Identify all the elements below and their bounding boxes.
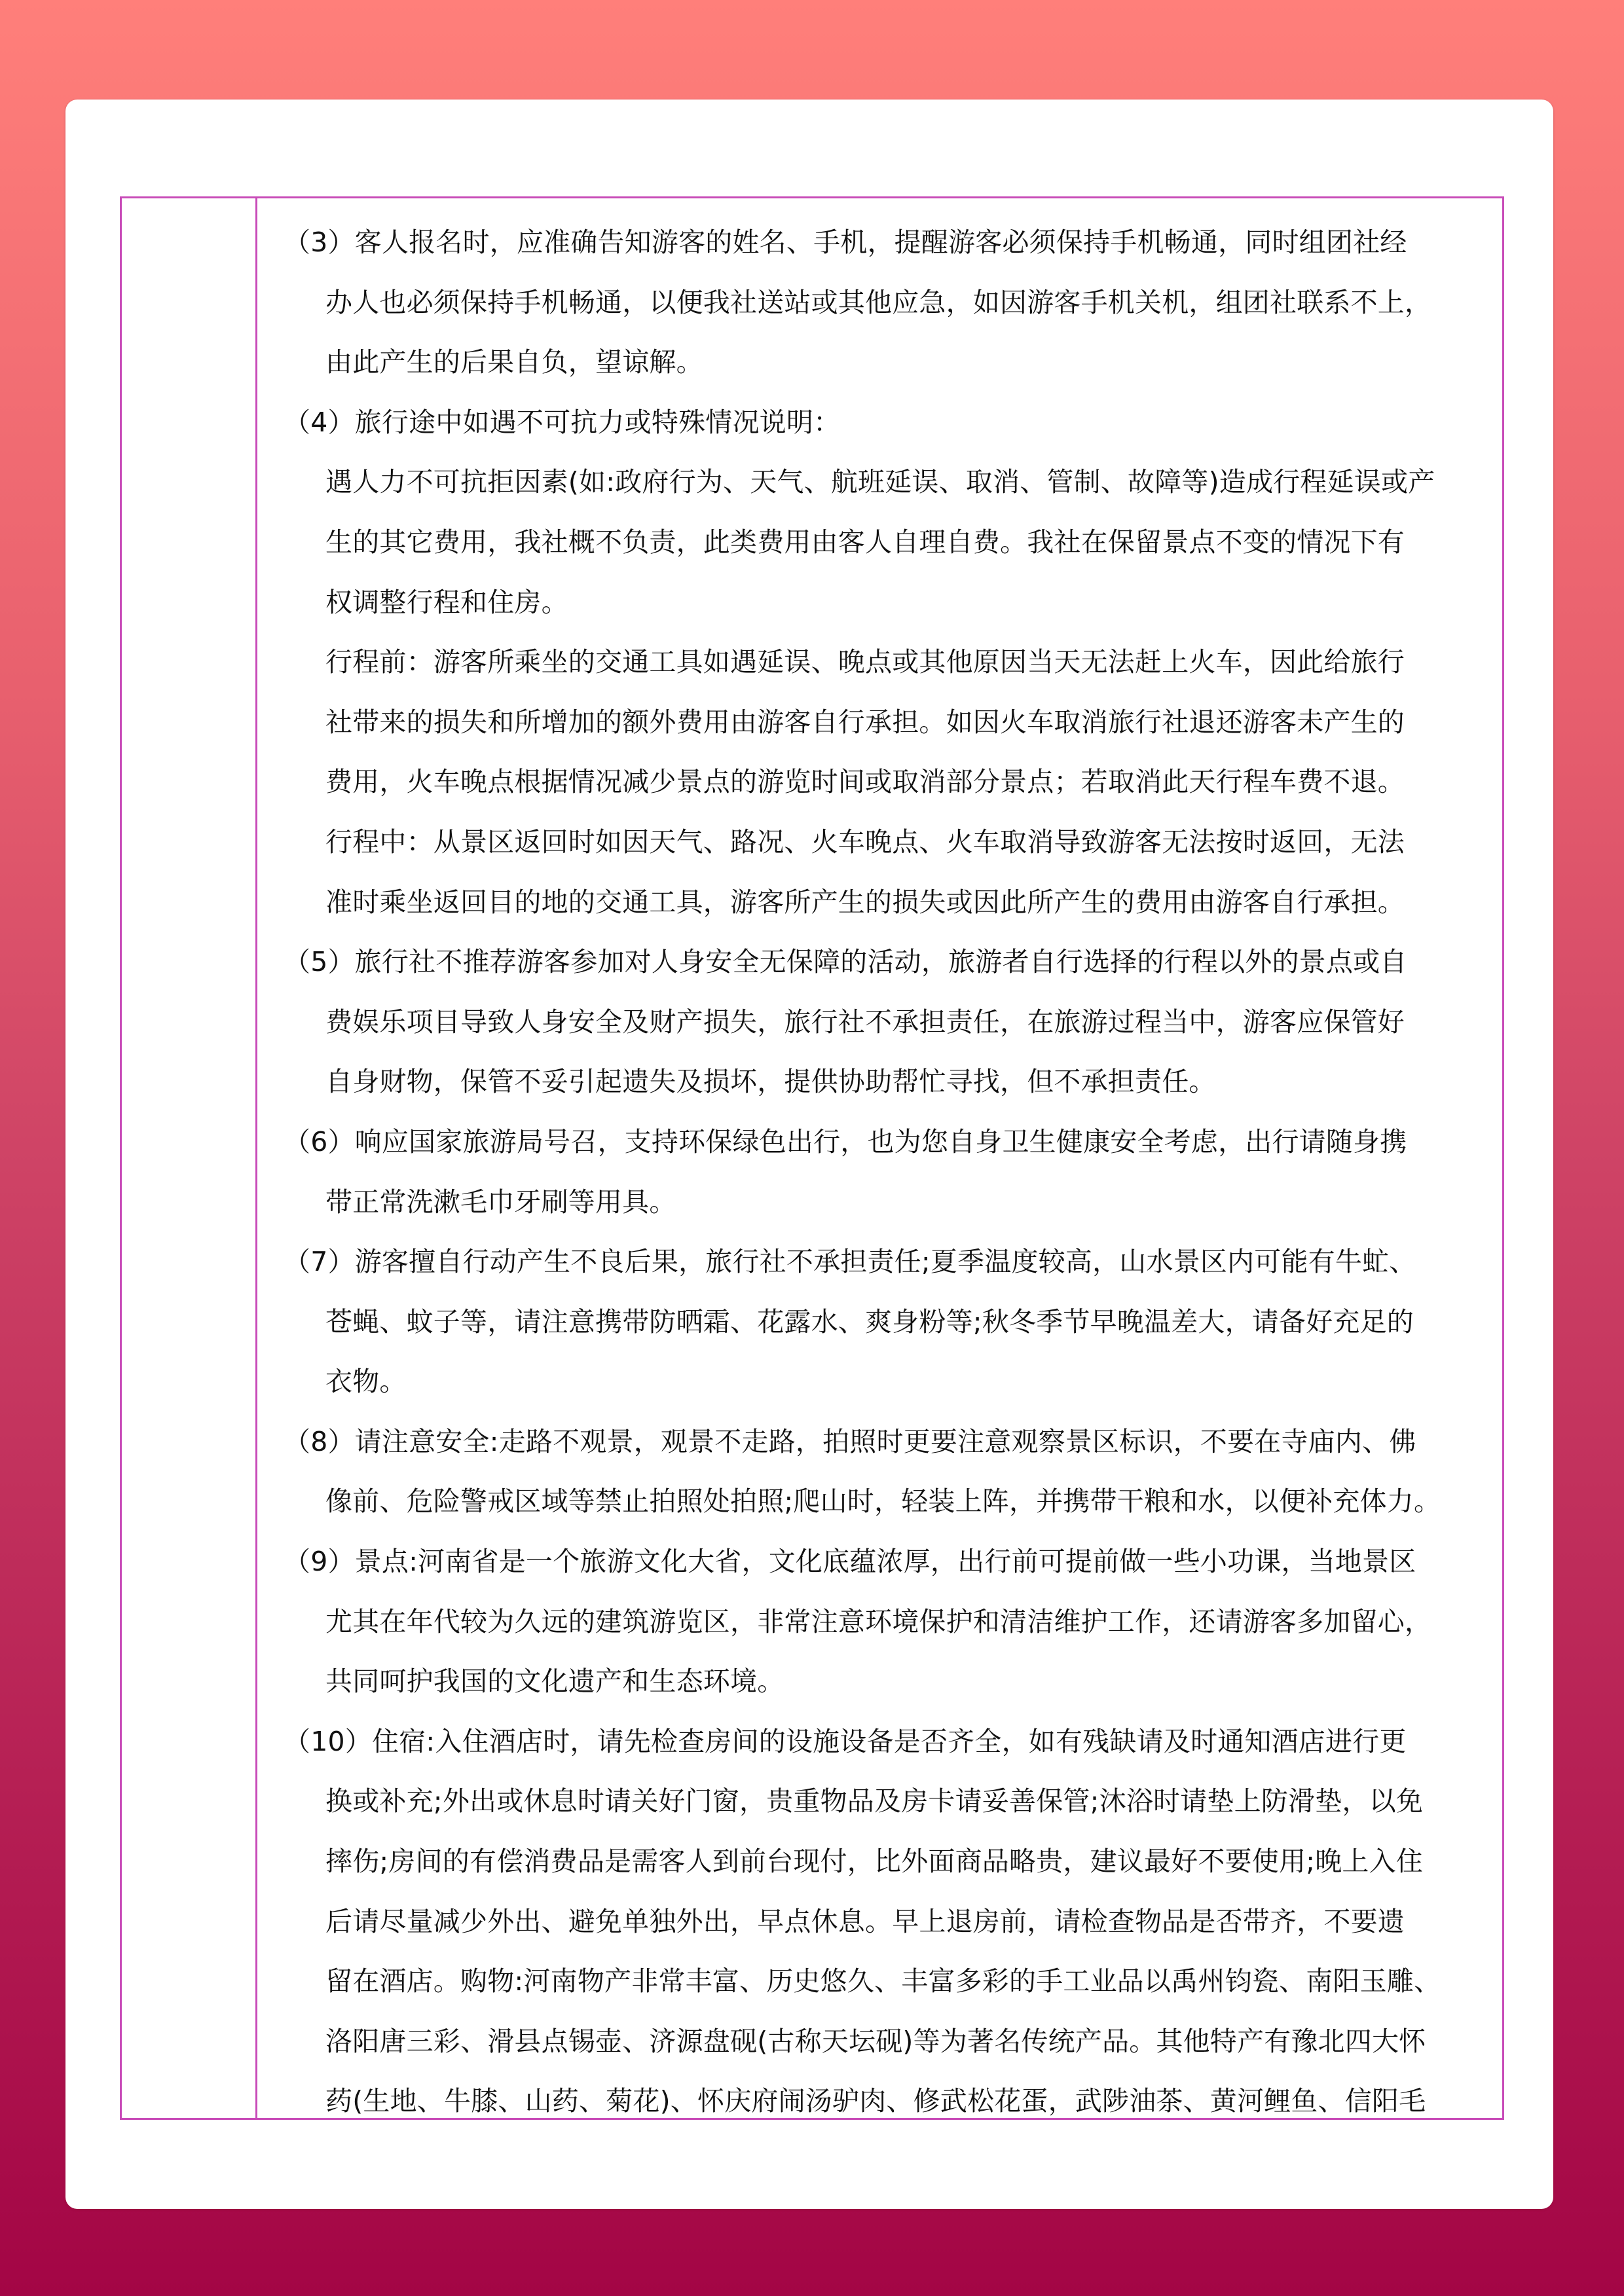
notice-item-heading-line: （8）请注意安全:走路不观景，观景不走路，拍照时更要注意观察景区标识，不要在寺庙… (284, 1412, 1490, 1472)
notice-item-5: （5）旅行社不推荐游客参加对人身安全无保障的活动，旅游者自行选择的行程以外的景点… (284, 932, 1490, 1112)
notice-item-heading-line: （4）旅行途中如遇不可抗力或特殊情况说明： (284, 393, 1490, 453)
notice-item-text-line: 带正常洗漱毛巾牙刷等用具。 (284, 1173, 1490, 1233)
notice-item-4: （4）旅行途中如遇不可抗力或特殊情况说明：遇人力不可抗拒因素(如:政府行为、天气… (284, 393, 1490, 932)
notice-table: （3）客人报名时，应准确告知游客的姓名、手机，提醒游客必须保持手机畅通，同时组团… (120, 196, 1504, 2120)
notice-item-7: （7）游客擅自行动产生不良后果，旅行社不承担责任;夏季温度较高，山水景区内可能有… (284, 1232, 1490, 1412)
notice-item-text-line: 办人也必须保持手机畅通，以便我社送站或其他应急，如因游客手机关机，组团社联系不上… (284, 273, 1490, 333)
notice-item-text-line: 换或补充;外出或休息时请关好门窗，贵重物品及房卡请妥善保管;沐浴时请垫上防滑垫，… (284, 1772, 1490, 1832)
notice-item-text-line: 费娱乐项目导致人身安全及财产损失，旅行社不承担责任，在旅游过程当中，游客应保管好 (284, 993, 1490, 1053)
notice-item-text-line: 洛阳唐三彩、滑县点锡壶、济源盘砚(古称天坛砚)等为著名传统产品。其他特产有豫北四… (284, 2012, 1490, 2072)
notice-item-text-line: 自身财物，保管不妥引起遗失及损坏，提供协助帮忙寻找，但不承担责任。 (284, 1052, 1490, 1112)
table-label-cell (122, 198, 257, 2118)
notice-item-text-line: 生的其它费用，我社概不负责，此类费用由客人自理自费。我社在保留景点不变的情况下有 (284, 513, 1490, 573)
notice-item-text-line: 共同呵护我国的文化遗产和生态环境。 (284, 1652, 1490, 1712)
notice-item-text-line: 权调整行程和住房。 (284, 573, 1490, 633)
notice-item-heading-line: （6）响应国家旅游局号召，支持环保绿色出行，也为您自身卫生健康安全考虑，出行请随… (284, 1112, 1490, 1173)
notice-content: （3）客人报名时，应准确告知游客的姓名、手机，提醒游客必须保持手机畅通，同时组团… (284, 213, 1490, 2120)
notice-item-text-line: 药(生地、牛膝、山药、菊花)、怀庆府闹汤驴肉、修武松花蛋，武陟油茶、黄河鲤鱼、信… (284, 2071, 1490, 2120)
document-page: （3）客人报名时，应准确告知游客的姓名、手机，提醒游客必须保持手机畅通，同时组团… (65, 100, 1553, 2209)
table-content-cell: （3）客人报名时，应准确告知游客的姓名、手机，提醒游客必须保持手机畅通，同时组团… (257, 198, 1502, 2118)
notice-item-heading-line: （3）客人报名时，应准确告知游客的姓名、手机，提醒游客必须保持手机畅通，同时组团… (284, 213, 1490, 273)
notice-item-text-line: 社带来的损失和所增加的额外费用由游客自行承担。如因火车取消旅行社退还游客未产生的 (284, 693, 1490, 753)
notice-item-10: （10）住宿:入住酒店时，请先检查房间的设施设备是否齐全，如有残缺请及时通知酒店… (284, 1712, 1490, 2120)
notice-item-text-line: 行程中：从景区返回时如因天气、路况、火车晚点、火车取消导致游客无法按时返回，无法 (284, 812, 1490, 873)
notice-item-8: （8）请注意安全:走路不观景，观景不走路，拍照时更要注意观察景区标识，不要在寺庙… (284, 1412, 1490, 1532)
notice-item-6: （6）响应国家旅游局号召，支持环保绿色出行，也为您自身卫生健康安全考虑，出行请随… (284, 1112, 1490, 1232)
notice-item-text-line: 摔伤;房间的有偿消费品是需客人到前台现付，比外面商品略贵，建议最好不要使用;晚上… (284, 1832, 1490, 1892)
notice-item-heading-line: （7）游客擅自行动产生不良后果，旅行社不承担责任;夏季温度较高，山水景区内可能有… (284, 1232, 1490, 1292)
notice-item-text-line: 像前、危险警戒区域等禁止拍照处拍照;爬山时，轻装上阵，并携带干粮和水，以便补充体… (284, 1472, 1490, 1532)
notice-item-text-line: 留在酒店。购物:河南物产非常丰富、历史悠久、丰富多彩的手工业品以禹州钧瓷、南阳玉… (284, 1952, 1490, 2012)
notice-item-text-line: 苍蝇、蚊子等，请注意携带防晒霜、花露水、爽身粉等;秋冬季节早晚温差大，请备好充足… (284, 1292, 1490, 1353)
notice-item-text-line: 行程前：游客所乘坐的交通工具如遇延误、晚点或其他原因当天无法赶上火车，因此给旅行 (284, 632, 1490, 693)
notice-item-text-line: 尤其在年代较为久远的建筑游览区，非常注意环境保护和清洁维护工作，还请游客多加留心… (284, 1592, 1490, 1652)
notice-item-heading-line: （5）旅行社不推荐游客参加对人身安全无保障的活动，旅游者自行选择的行程以外的景点… (284, 932, 1490, 993)
notice-item-9: （9）景点:河南省是一个旅游文化大省，文化底蕴浓厚，出行前可提前做一些小功课，当… (284, 1532, 1490, 1712)
notice-item-heading-line: （9）景点:河南省是一个旅游文化大省，文化底蕴浓厚，出行前可提前做一些小功课，当… (284, 1532, 1490, 1592)
notice-item-text-line: 准时乘坐返回目的地的交通工具，游客所产生的损失或因此所产生的费用由游客自行承担。 (284, 873, 1490, 933)
notice-item-heading-line: （10）住宿:入住酒店时，请先检查房间的设施设备是否齐全，如有残缺请及时通知酒店… (284, 1712, 1490, 1772)
notice-item-text-line: 由此产生的后果自负，望谅解。 (284, 333, 1490, 393)
notice-item-text-line: 衣物。 (284, 1352, 1490, 1412)
notice-item-text-line: 费用，火车晚点根据情况减少景点的游览时间或取消部分景点；若取消此天行程车费不退。 (284, 752, 1490, 812)
notice-item-text-line: 遇人力不可抗拒因素(如:政府行为、天气、航班延误、取消、管制、故障等)造成行程延… (284, 452, 1490, 513)
notice-item-text-line: 后请尽量减少外出、避免单独外出，早点休息。早上退房前，请检查物品是否带齐，不要遗 (284, 1892, 1490, 1952)
notice-item-3: （3）客人报名时，应准确告知游客的姓名、手机，提醒游客必须保持手机畅通，同时组团… (284, 213, 1490, 393)
